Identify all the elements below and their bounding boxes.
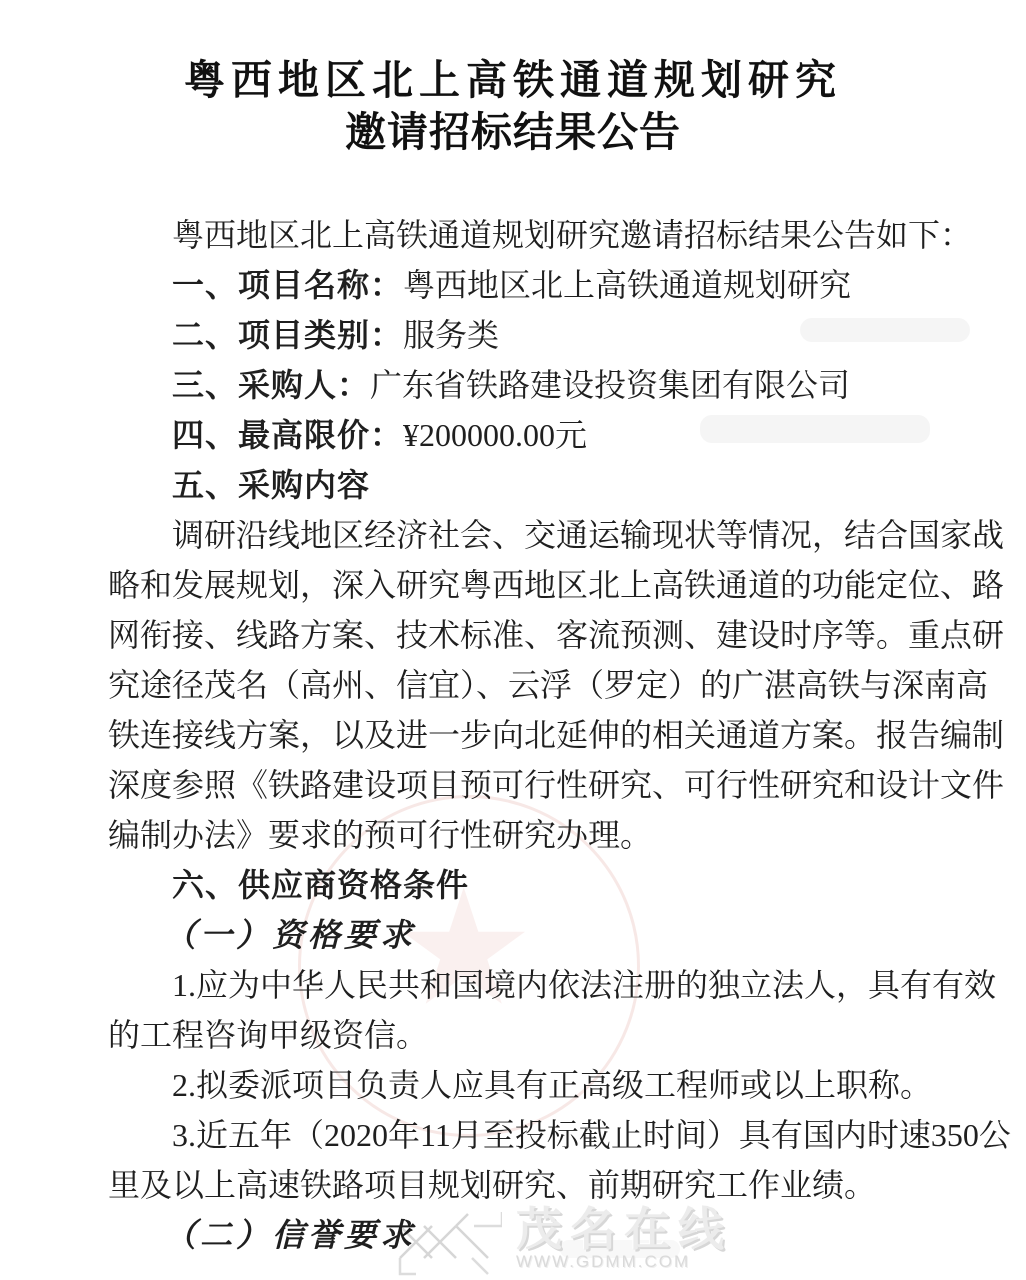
- title-line-1: 粤西地区北上高铁通道规划研究: [0, 54, 1026, 106]
- qualification-line: 3.近五年（2020年11月至投标截止时间）具有国内时速350公: [108, 1110, 968, 1160]
- item-label: 三、采购人：: [172, 367, 370, 403]
- item-procurement-content-heading: 五、采购内容: [108, 460, 968, 510]
- procurement-paragraph-line: 深度参照《铁路建设项目预可行性研究、可行性研究和设计文件: [108, 760, 968, 810]
- procurement-paragraph-line: 略和发展规划，深入研究粤西地区北上高铁通道的功能定位、路: [108, 560, 968, 610]
- section-supplier-qualification-heading: 六、供应商资格条件: [108, 860, 968, 910]
- subsection-credit-requirements-heading: （二）信誉要求: [108, 1210, 968, 1260]
- procurement-paragraph-line: 究途径茂名（高州、信宜）、云浮（罗定）的广湛高铁与深南高: [108, 660, 968, 710]
- item-project-category: 二、项目类别：服务类: [108, 310, 968, 360]
- title-line-2: 邀请招标结果公告: [0, 106, 1026, 158]
- qualification-line: 的工程咨询甲级资信。: [108, 1010, 968, 1060]
- item-value: 广东省铁路建设投资集团有限公司: [370, 367, 850, 403]
- document-body: 粤西地区北上高铁通道规划研究邀请招标结果公告如下： 一、项目名称：粤西地区北上高…: [108, 210, 968, 1260]
- intro-line: 粤西地区北上高铁通道规划研究邀请招标结果公告如下：: [108, 210, 968, 260]
- item-price-limit: 四、最高限价：¥200000.00元: [108, 410, 968, 460]
- procurement-paragraph-line: 网衔接、线路方案、技术标准、客流预测、建设时序等。重点研: [108, 610, 968, 660]
- document-page: ★ 粤西地区北上高铁通道规划研究 邀请招标结果公告 粤西地区北上高铁通道规划研究…: [0, 0, 1026, 1280]
- document-title: 粤西地区北上高铁通道规划研究 邀请招标结果公告: [0, 54, 1026, 158]
- item-value: 粤西地区北上高铁通道规划研究: [403, 267, 851, 303]
- item-label: 一、项目名称：: [172, 267, 403, 303]
- item-label: 二、项目类别：: [172, 317, 403, 353]
- procurement-paragraph-line: 编制办法》要求的预可行性研究办理。: [108, 810, 968, 860]
- qualification-line: 1.应为中华人民共和国境内依法注册的独立法人，具有有效: [108, 960, 968, 1010]
- item-label: 四、最高限价：: [172, 417, 403, 453]
- item-value: 服务类: [403, 317, 499, 353]
- subsection-qualification-requirements-heading: （一）资格要求: [108, 910, 968, 960]
- qualification-line: 里及以上高速铁路项目规划研究、前期研究工作业绩。: [108, 1160, 968, 1210]
- item-purchaser: 三、采购人：广东省铁路建设投资集团有限公司: [108, 360, 968, 410]
- item-project-name: 一、项目名称：粤西地区北上高铁通道规划研究: [108, 260, 968, 310]
- item-label: 五、采购内容: [172, 467, 370, 503]
- procurement-paragraph-line: 铁连接线方案，以及进一步向北延伸的相关通道方案。报告编制: [108, 710, 968, 760]
- item-value: ¥200000.00元: [403, 417, 587, 453]
- qualification-line: 2.拟委派项目负责人应具有正高级工程师或以上职称。: [108, 1060, 968, 1110]
- procurement-paragraph-line: 调研沿线地区经济社会、交通运输现状等情况，结合国家战: [108, 510, 968, 560]
